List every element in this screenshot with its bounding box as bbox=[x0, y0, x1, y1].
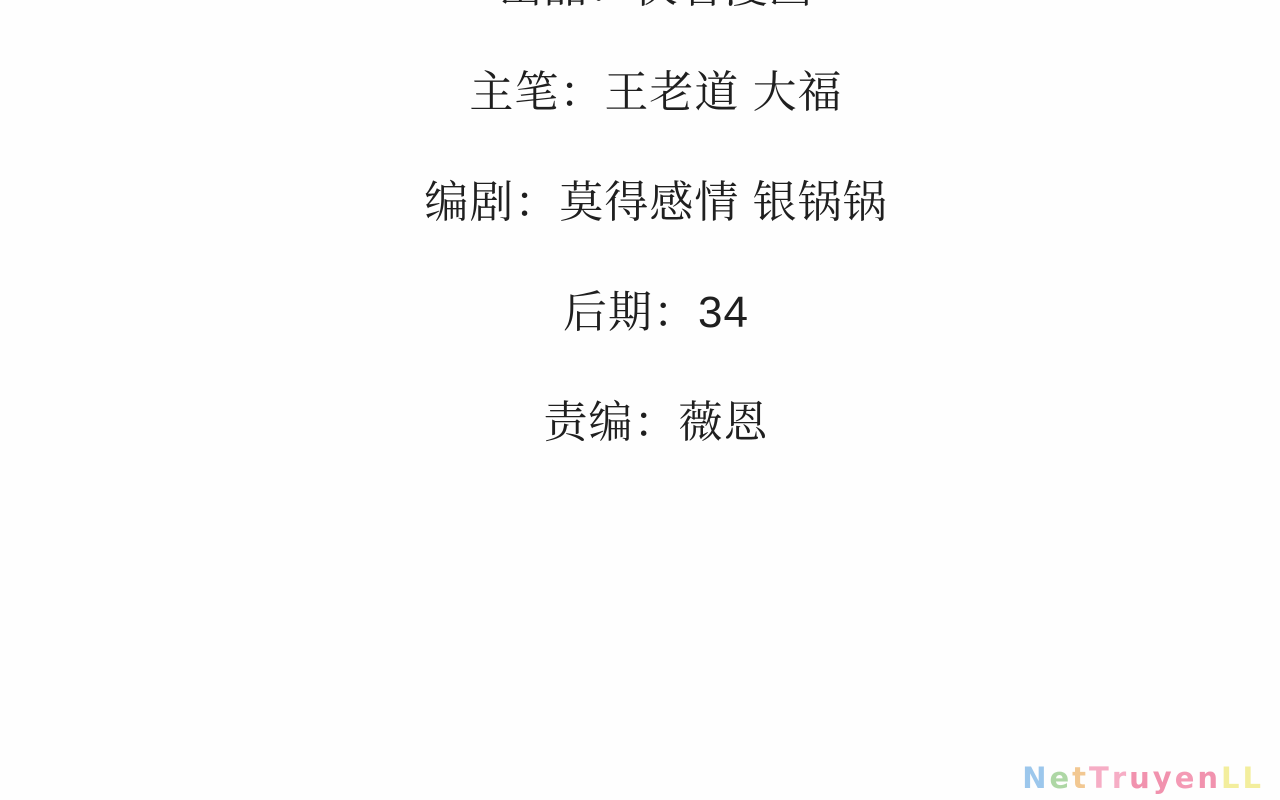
watermark-letter: u bbox=[1129, 761, 1153, 795]
credit-line-post-production: 后期：34 bbox=[0, 289, 1280, 337]
credit-line-screenwriter: 编剧：莫得感情 银锅锅 bbox=[0, 179, 1280, 227]
watermark-letter: T bbox=[1089, 761, 1112, 795]
credit-line-production-clipped: 出品：快看漫画 bbox=[0, 0, 1280, 12]
watermark-letter: y bbox=[1153, 761, 1175, 795]
watermark-letter: L bbox=[1243, 761, 1264, 795]
credit-line-editor: 责编：薇恩 bbox=[0, 399, 1280, 447]
watermark-letter: n bbox=[1197, 761, 1221, 795]
comic-credits-page: 出品：快看漫画 主笔：王老道 大福 编剧：莫得感情 银锅锅 后期：34 责编：薇… bbox=[0, 0, 1280, 800]
watermark-letter: e bbox=[1049, 761, 1072, 795]
credit-line-lead-artist: 主笔：王老道 大福 bbox=[0, 69, 1280, 117]
watermark-letter: r bbox=[1112, 761, 1129, 795]
watermark-letter: L bbox=[1221, 761, 1242, 795]
watermark-letter: t bbox=[1072, 761, 1089, 795]
watermark-letter: e bbox=[1175, 761, 1198, 795]
watermark-letter: N bbox=[1022, 761, 1049, 795]
site-watermark: NetTruyenLL bbox=[1022, 761, 1264, 795]
